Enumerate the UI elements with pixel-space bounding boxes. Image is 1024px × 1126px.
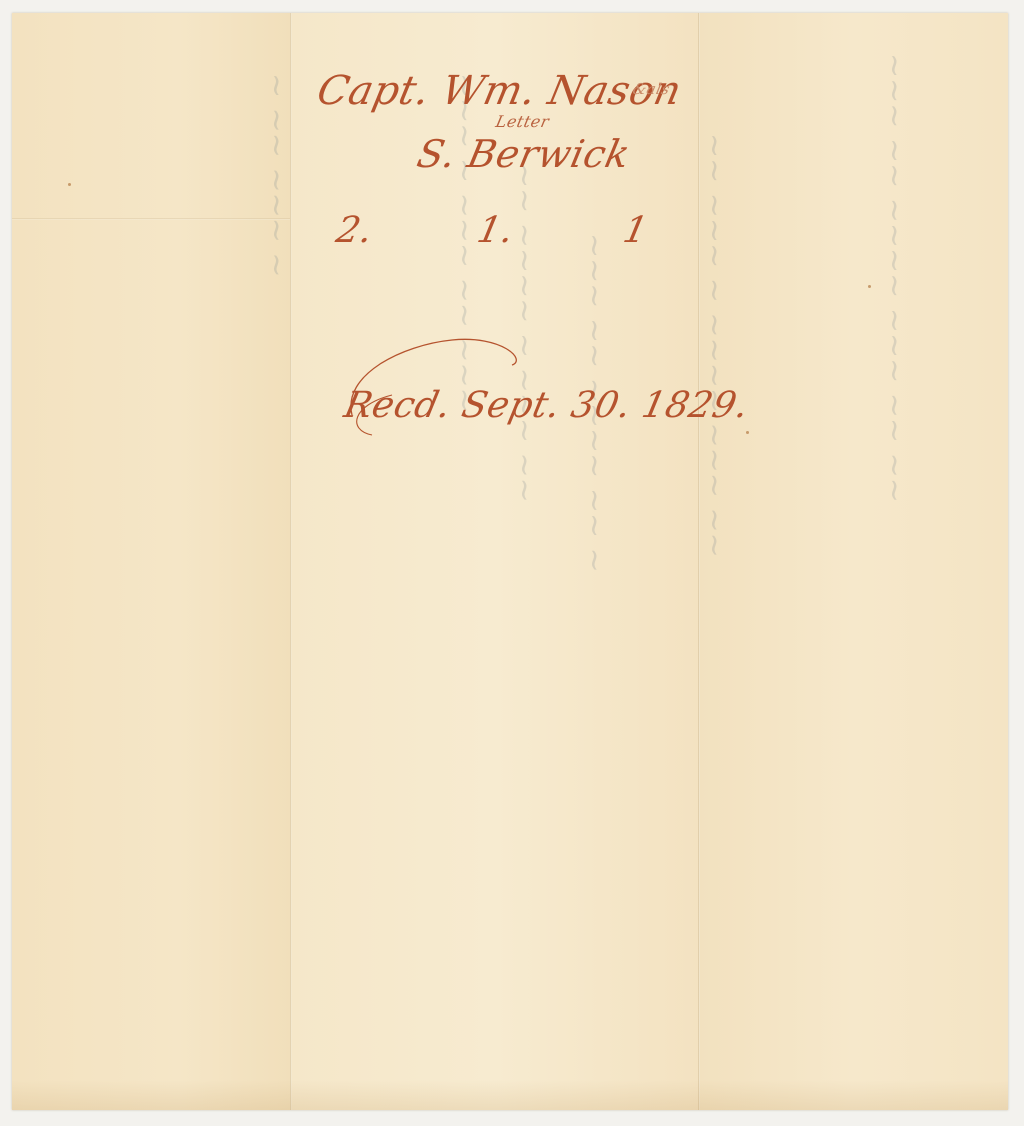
show-through-text: ~~ ~~~ ~ ~~~~ ~~~ ~~ <box>697 133 732 558</box>
paper-speck <box>68 183 71 186</box>
scan-background: ~ ~~ ~~~ ~ ~~~ ~ ~~~ ~~ ~~~ ~~ ~~~~ ~ ~~… <box>0 0 1024 1126</box>
docket-received-date: Recd. Sept. 30. 1829. <box>341 385 753 426</box>
fold-panel-left <box>12 13 290 1110</box>
docket-place: S. Berwick <box>413 132 634 176</box>
docket-note: Letter <box>494 112 551 131</box>
edge-stain <box>12 1080 1008 1110</box>
fold-crease-horizontal <box>12 218 290 220</box>
paper-speck <box>746 431 749 434</box>
letter-sheet: ~ ~~ ~~~ ~ ~~~ ~ ~~~ ~~ ~~~ ~~ ~~~~ ~ ~~… <box>12 13 1008 1110</box>
docket-addressee: Capt. Wm. Nason <box>313 68 686 114</box>
show-through-text: ~~~ ~~ ~~~~ ~~~ ~~ ~~ <box>877 53 912 503</box>
show-through-text: ~ ~~ ~~~ ~ <box>259 73 294 278</box>
fold-panel-middle <box>290 13 698 1110</box>
docket-addressee-suffix: &als <box>631 80 672 98</box>
fold-panel-right <box>698 13 1008 1110</box>
paper-speck <box>868 285 871 288</box>
